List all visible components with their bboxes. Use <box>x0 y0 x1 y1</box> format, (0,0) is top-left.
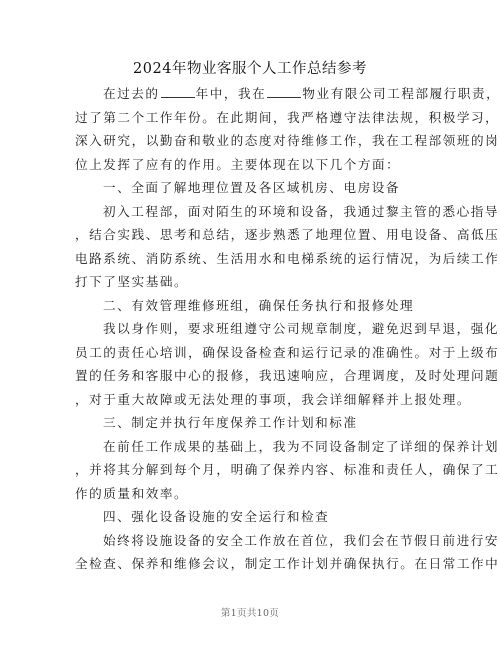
section-3-line: 在前任工作成果的基础上，我为不同设备制定了详细的保养计划 <box>75 435 423 459</box>
section-2-line: 员工的责任心培训，确保设备检查和运行记录的准确性。对于上级布 <box>75 341 423 365</box>
section-1-line: 电路系统、消防系统、生活用水和电梯系统的运行情况，为后续工作 <box>75 247 423 271</box>
section-heading-2: 二、有效管理维修班组，确保任务执行和报修处理 <box>75 294 423 318</box>
section-1-line: 打下了坚实基础。 <box>75 270 423 294</box>
intro-line-2: 过了第二个工作年份。在此期间，我严格遵守法律法规，积极学习， <box>75 106 423 130</box>
intro-line-4: 位上发挥了应有的作用。主要体现在以下几个方面： <box>75 153 423 177</box>
section-3-line: 作的质量和效率。 <box>75 482 423 506</box>
section-3-line: ，并将其分解到每个月，明确了保养内容、标准和责任人，确保了工 <box>75 458 423 482</box>
section-2-line: 置的任务和客服中心的报修，我迅速响应，合理调度，及时处理问题 <box>75 364 423 388</box>
section-1-line: ，结合实践、思考和总结，逐步熟悉了地理位置、用电设备、高低压 <box>75 223 423 247</box>
section-4-line: 始终将设施设备的安全工作放在首位，我们会在节假日前进行安 <box>75 529 423 553</box>
section-heading-3: 三、制定并执行年度保养工作计划和标准 <box>75 411 423 435</box>
document-title: 2024年物业客服个人工作总结参考 <box>0 60 500 78</box>
section-2-line: ，对于重大故障或无法处理的事项，我会详细解释并上报处理。 <box>75 388 423 412</box>
section-heading-4: 四、强化设备设施的安全运行和检查 <box>75 505 423 529</box>
section-4-line: 全检查、保养和维修会议，制定工作计划并确保执行。在日常工作中 <box>75 552 423 576</box>
section-1-line: 初入工程部，面对陌生的环境和设备，我通过黎主管的悉心指导 <box>75 200 423 224</box>
intro-line-1: 在过去的年中，我在物业有限公司工程部履行职责，度 <box>75 82 423 106</box>
fill-in-blank-company <box>267 85 301 98</box>
page-number-footer: 第1页共10页 <box>0 605 500 619</box>
fill-in-blank-year <box>161 85 195 98</box>
intro-line-3: 深入研究，以勤奋和敬业的态度对待维修工作，我在工程部领班的岗 <box>75 129 423 153</box>
document-body: 在过去的年中，我在物业有限公司工程部履行职责，度 过了第二个工作年份。在此期间，… <box>75 82 423 576</box>
section-heading-1: 一、全面了解地理位置及各区域机房、电房设备 <box>75 176 423 200</box>
document-page: 2024年物业客服个人工作总结参考 在过去的年中，我在物业有限公司工程部履行职责… <box>0 0 500 647</box>
section-2-line: 我以身作则，要求班组遵守公司规章制度，避免迟到早退，强化 <box>75 317 423 341</box>
